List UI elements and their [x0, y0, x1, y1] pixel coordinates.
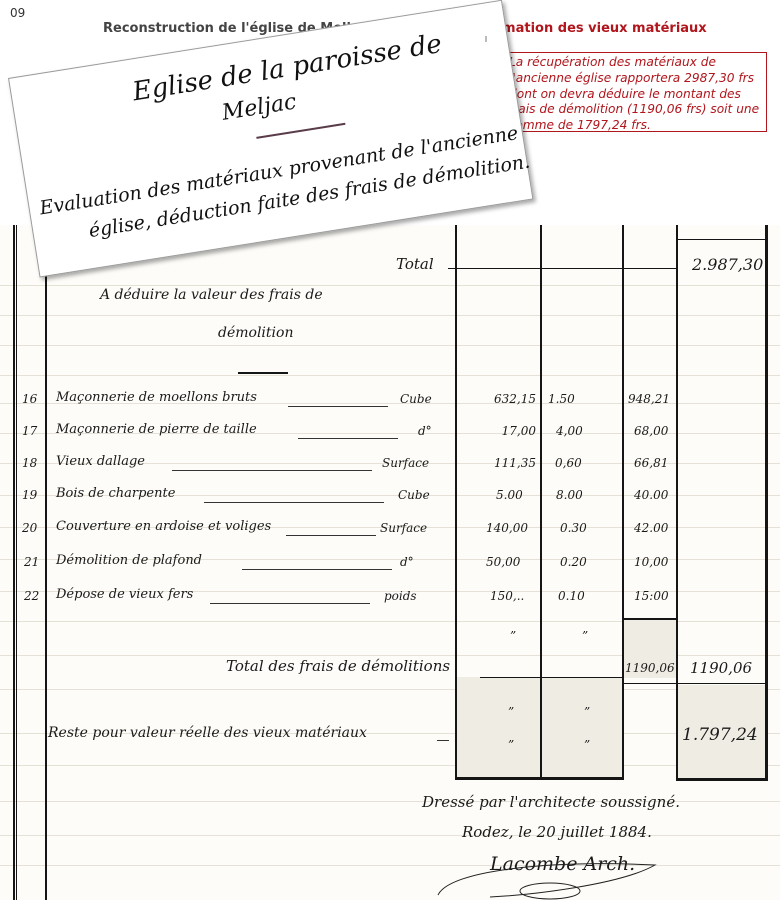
- row-unit: d°: [418, 424, 432, 438]
- row-number: 17: [22, 424, 37, 438]
- row-price: 0,60: [555, 456, 582, 470]
- row-description: Couverture en ardoise et voliges: [56, 519, 271, 534]
- connector-line-icon: [0, 0, 780, 120]
- row-number: 16: [22, 392, 37, 406]
- row-unit: Cube: [400, 392, 432, 406]
- row-description: Démolition de plafond: [56, 553, 202, 568]
- total-demolition-subtotal: 1190,06: [625, 661, 675, 675]
- row-quantity: 5.00: [496, 488, 523, 502]
- row-description: Dépose de vieux fers: [56, 587, 193, 602]
- ditto-mark: ”: [582, 629, 588, 643]
- row-amount: 40.00: [634, 488, 668, 502]
- row-number: 22: [24, 589, 39, 603]
- row-unit: d°: [400, 555, 414, 569]
- row-quantity: 140,00: [486, 521, 528, 535]
- row-amount: 948,21: [628, 392, 670, 406]
- row-quantity: 17,00: [470, 424, 536, 438]
- row-number: 18: [22, 456, 37, 470]
- row-description: Maçonnerie de pierre de taille: [56, 422, 257, 437]
- ditto-mark: ”: [508, 705, 514, 719]
- row-description: Vieux dallage: [56, 454, 145, 469]
- row-unit: Cube: [398, 488, 430, 502]
- row-amount: 68,00: [634, 424, 668, 438]
- total-label: Total: [396, 255, 434, 273]
- row-quantity: 50,00: [486, 555, 520, 569]
- row-description: Bois de charpente: [56, 486, 175, 501]
- remainder-value: 1.797,24: [682, 725, 758, 745]
- row-number: 19: [22, 488, 37, 502]
- ditto-mark: ”: [510, 629, 516, 643]
- row-price: 0.20: [560, 555, 587, 569]
- row-unit: poids: [384, 589, 417, 603]
- row-description: Maçonnerie de moellons bruts: [56, 390, 257, 405]
- row-price: 8.00: [556, 488, 583, 502]
- card-divider: [256, 123, 345, 139]
- row-number: 21: [24, 555, 39, 569]
- deduct-heading-line1: A déduire la valeur des frais de: [100, 287, 323, 303]
- deduct-heading-line2: démolition: [218, 325, 293, 341]
- ditto-mark: ”: [584, 705, 590, 719]
- row-number: 20: [22, 521, 37, 535]
- row-quantity: 632,15: [470, 392, 536, 406]
- signature-flourish-icon: [430, 845, 670, 900]
- row-price: 4,00: [556, 424, 583, 438]
- row-amount: 10,00: [634, 555, 668, 569]
- signature-line1: Dressé par l'architecte soussigné.: [422, 793, 680, 811]
- remainder-label: Reste pour valeur réelle des vieux matér…: [48, 725, 367, 741]
- total-value: 2.987,30: [692, 255, 763, 274]
- ledger-document: Total 2.987,30 A déduire la valeur des f…: [0, 225, 780, 900]
- row-quantity: 111,35: [470, 456, 536, 470]
- ditto-mark: ”: [584, 738, 590, 752]
- total-demolition-label: Total des frais de démolitions: [226, 657, 450, 675]
- row-price: 1.50: [548, 392, 575, 406]
- row-amount: 15:00: [634, 589, 669, 603]
- row-price: 0.10: [558, 589, 585, 603]
- row-amount: 66,81: [634, 456, 668, 470]
- row-unit: Surface: [382, 456, 429, 470]
- signature-line2: Rodez, le 20 juillet 1884.: [462, 823, 652, 841]
- row-amount: 42.00: [634, 521, 668, 535]
- row-quantity: 150,..: [490, 589, 524, 603]
- total-demolition-value: 1190,06: [690, 659, 752, 677]
- row-price: 0.30: [560, 521, 587, 535]
- ditto-mark: ”: [508, 738, 514, 752]
- row-unit: Surface: [380, 521, 427, 535]
